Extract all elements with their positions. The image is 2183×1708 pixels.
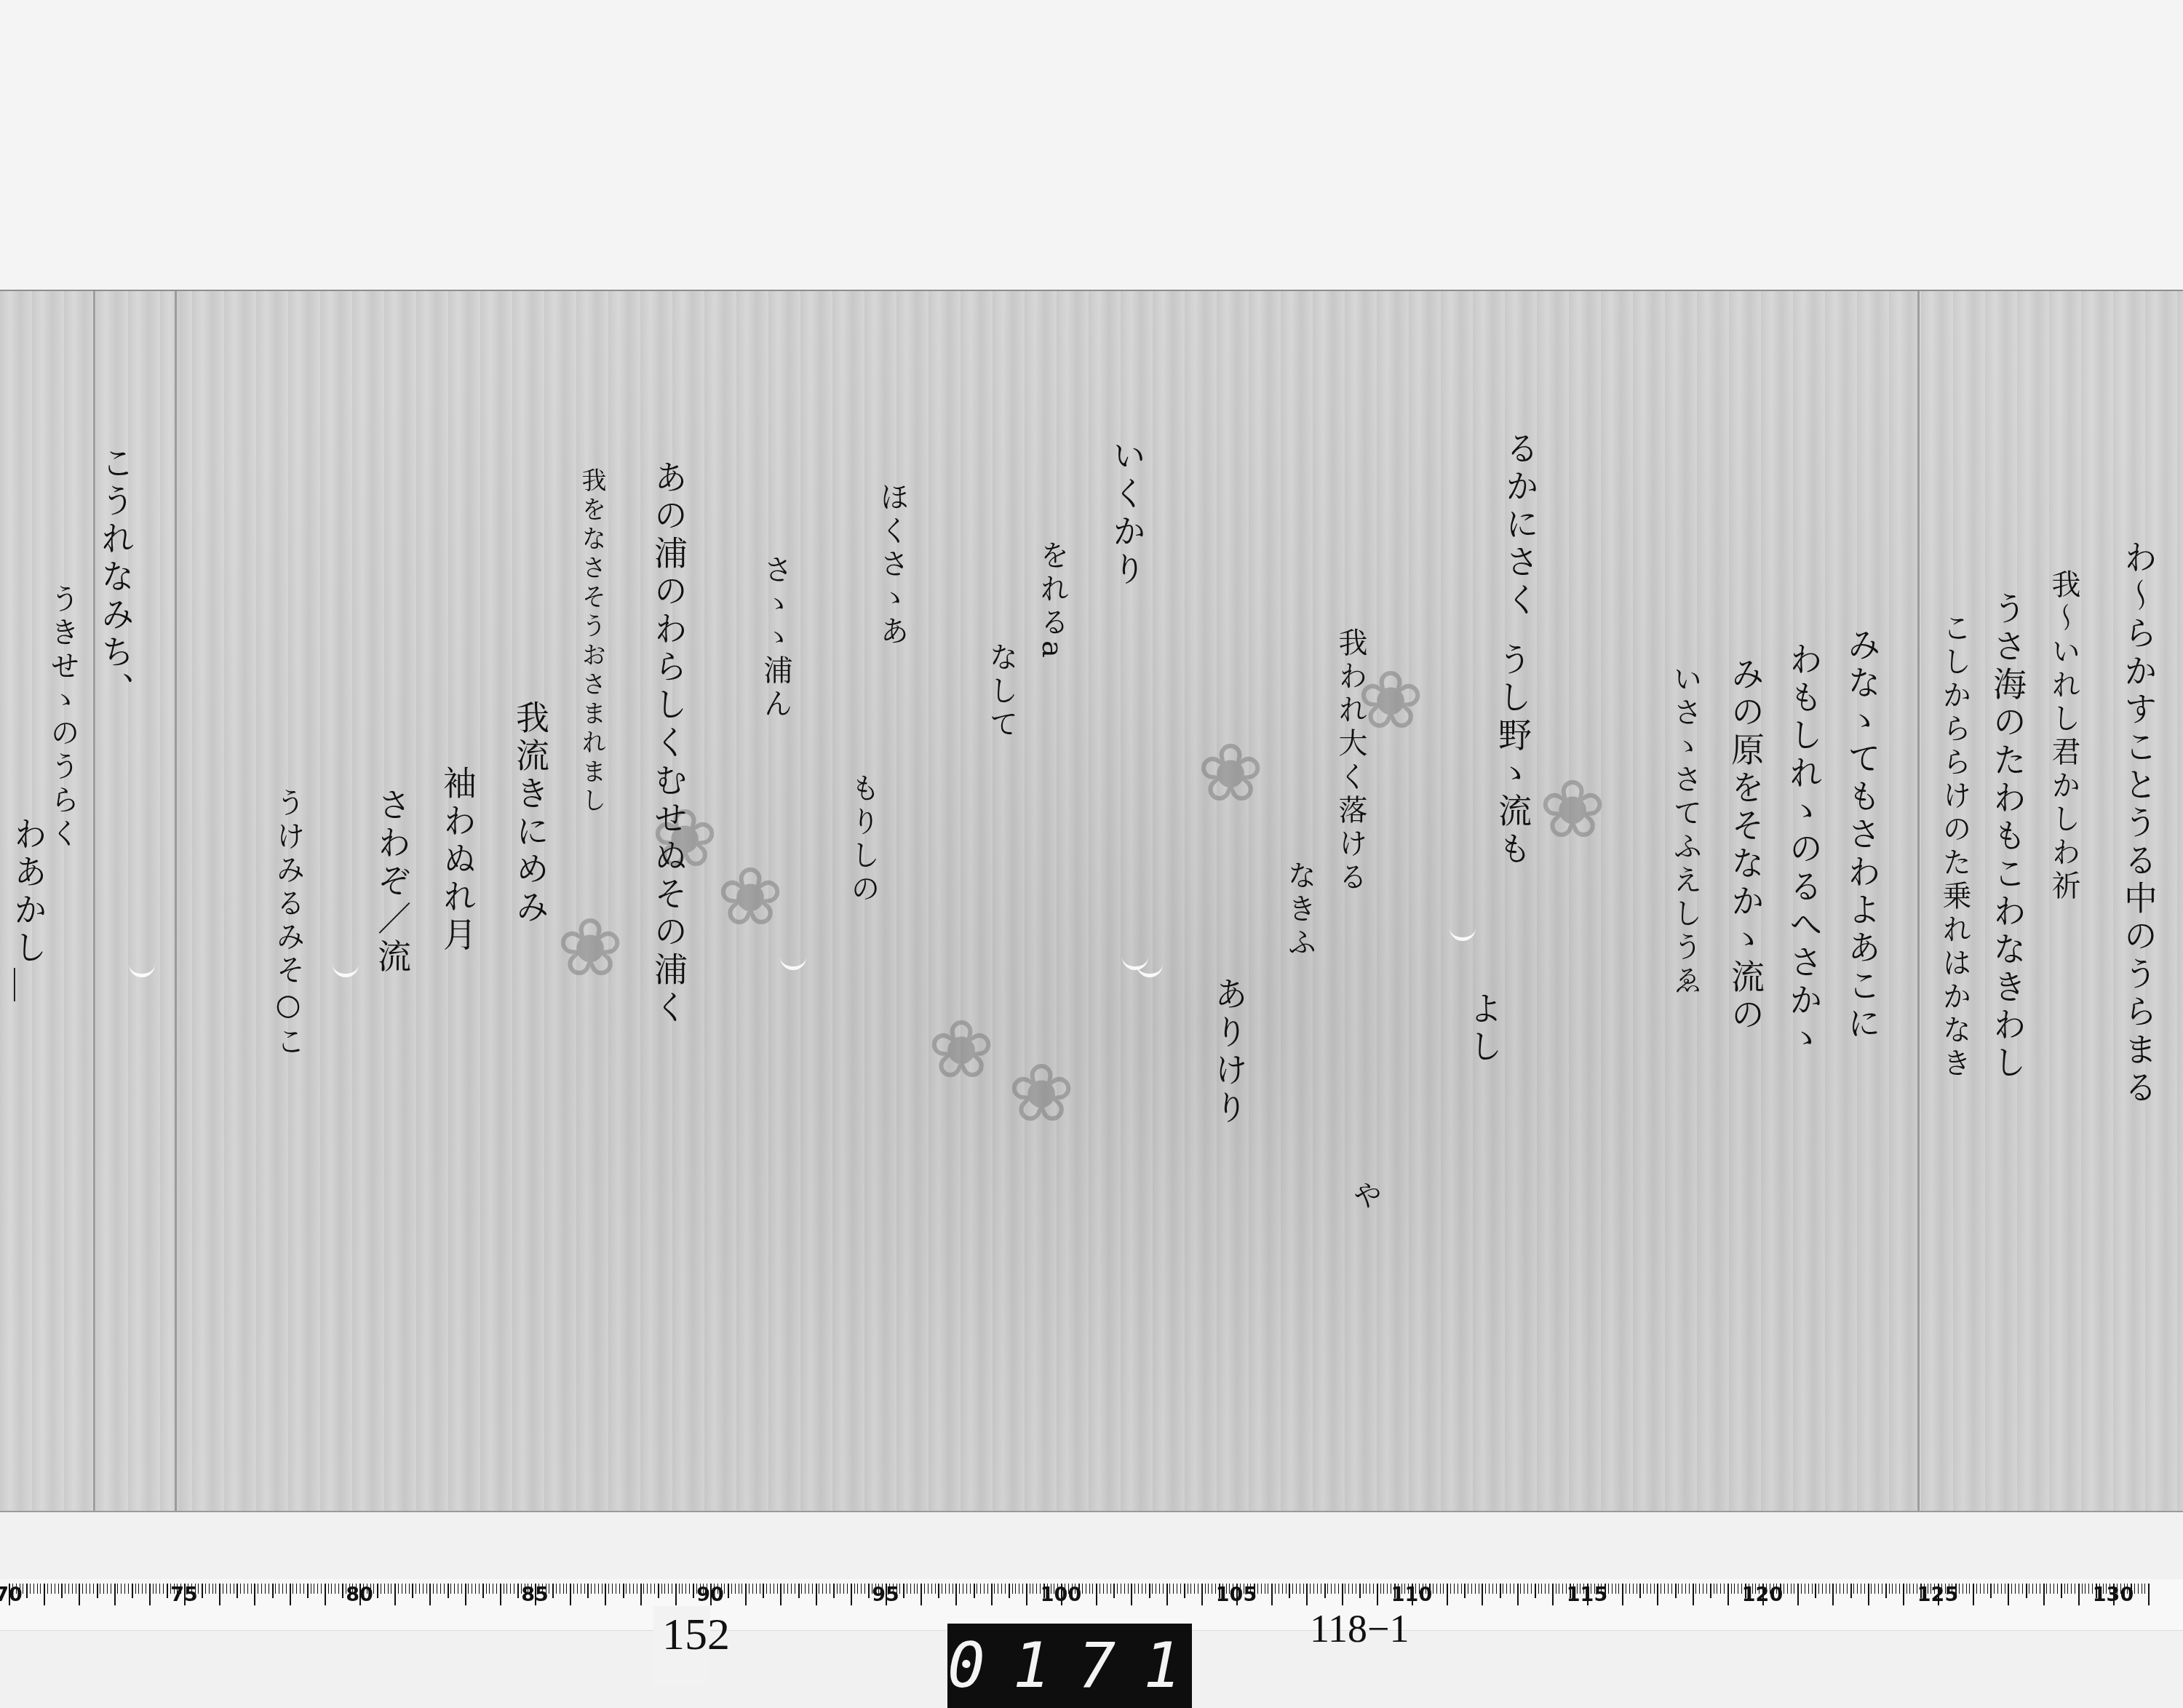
ruler-tick: [595, 1584, 595, 1594]
ruler-tick: [1738, 1584, 1738, 1594]
ruler-tick: [68, 1584, 69, 1594]
ruler-tick: [1190, 1584, 1191, 1594]
ruler-tick: [1180, 1584, 1181, 1594]
ruler-tick: [1300, 1584, 1300, 1594]
ruler-tick: [1440, 1584, 1441, 1594]
ruler-tick: [974, 1584, 975, 1598]
ruler-tick: [1801, 1584, 1802, 1594]
frame-counter-display: 0171: [947, 1624, 1192, 1708]
ruler-tick: [903, 1584, 904, 1598]
ruler-tick: [1829, 1584, 1830, 1594]
ruler-tick: [135, 1584, 136, 1594]
ruler-tick: [1874, 1584, 1875, 1594]
ruler-tick: [373, 1584, 374, 1594]
ruler-tick: [619, 1584, 620, 1594]
ruler-tick: [1356, 1584, 1356, 1594]
ruler-tick: [651, 1584, 651, 1594]
ruler-tick: [1313, 1584, 1314, 1594]
ruler-tick: [833, 1584, 835, 1598]
ruler-tick: [272, 1584, 274, 1598]
ruler-tick: [1447, 1584, 1448, 1605]
ruler-tick: [1110, 1584, 1111, 1594]
ruler-tick: [2046, 1584, 2047, 1594]
ruler-tick: [1791, 1584, 1792, 1594]
ruler-tick: [1643, 1584, 1644, 1594]
ruler-tick: [65, 1584, 65, 1594]
ruler-tick: [955, 1584, 957, 1605]
ruler-tick: [864, 1584, 865, 1594]
ruler-tick: [1847, 1584, 1848, 1594]
ruler-tick: [1832, 1584, 1834, 1605]
ruler-tick: [587, 1584, 589, 1598]
ruler-tick: [953, 1584, 953, 1594]
ruler-tick: [658, 1584, 659, 1598]
ruler-tick: [928, 1584, 929, 1594]
ruler-tick: [2142, 1584, 2142, 1594]
ruler-tick: [254, 1584, 255, 1605]
ruler-tick: [230, 1584, 231, 1594]
scroll-paper: ❀❀❀❀❀❀❀❀わ〜らかすことうる中のうらまる我〜いれし君かしわ祈うさ海のたわも…: [0, 290, 2183, 1512]
ruler-tick: [1556, 1584, 1556, 1594]
ruler-tick: [1363, 1584, 1364, 1594]
ruler-tick: [1861, 1584, 1861, 1594]
ruler-tick: [1271, 1584, 1273, 1605]
ruler-tick: [1212, 1584, 1212, 1594]
flower-motif-icon: ❀: [557, 907, 624, 988]
ruler-tick: [1015, 1584, 1016, 1594]
ruler-tick: [1019, 1584, 1019, 1594]
ruler-tick: [1289, 1584, 1290, 1598]
ruler-tick: [987, 1584, 988, 1594]
ruler-tick: [163, 1584, 164, 1594]
paper-seam: [93, 291, 95, 1511]
ruler-tick: [342, 1584, 343, 1598]
ruler-tick: [279, 1584, 279, 1594]
ruler-tick: [37, 1584, 38, 1594]
ruler-tick: [795, 1584, 795, 1594]
ruler-tick: [931, 1584, 932, 1594]
ruler-tick: [798, 1584, 800, 1598]
ruler-tick: [854, 1584, 855, 1594]
ruler-tick: [391, 1584, 391, 1594]
ruler-tick: [2043, 1584, 2045, 1605]
ruler-tick: [1963, 1584, 1963, 1594]
ruler-tick: [55, 1584, 55, 1594]
ruler-tick: [552, 1584, 554, 1598]
ruler-tick: [977, 1584, 977, 1594]
ruler-tick: [2064, 1584, 2065, 1594]
ruler-tick: [93, 1584, 94, 1594]
ruler-tick: [506, 1584, 507, 1594]
ruler-tick: [1492, 1584, 1493, 1594]
ruler-tick: [1909, 1584, 1910, 1594]
ruler-tick: [774, 1584, 774, 1594]
ruler-tick: [1145, 1584, 1146, 1594]
ruler-tick: [61, 1584, 63, 1598]
ruler-tick: [661, 1584, 662, 1594]
ruler-tick: [826, 1584, 827, 1594]
ruler-tick: [1797, 1584, 1799, 1605]
ruler-tick: [675, 1584, 677, 1605]
ruler-tick: [556, 1584, 557, 1594]
ruler-tick: [756, 1584, 757, 1594]
ruler-tick: [311, 1584, 311, 1594]
ruler-tick: [994, 1584, 995, 1594]
calligraphy-column: うし野ゝ流も: [1496, 642, 1530, 869]
ruler-tick: [602, 1584, 603, 1594]
ruler-tick: [1868, 1584, 1869, 1605]
ruler-tick: [1787, 1584, 1788, 1594]
ruler-tick: [812, 1584, 813, 1594]
ruler-tick: [563, 1584, 564, 1594]
ruler-tick: [643, 1584, 644, 1594]
ruler-tick: [1433, 1584, 1434, 1594]
ruler-tick: [1784, 1584, 1784, 1594]
ruler-tick: [282, 1584, 283, 1594]
ruler-tick: [980, 1584, 981, 1594]
ruler-tick: [409, 1584, 410, 1594]
calligraphy-column: 我われ大く落ける: [1336, 627, 1365, 895]
ruler-tick: [1352, 1584, 1353, 1594]
ruler-tick: [623, 1584, 624, 1598]
ruler-tick: [2138, 1584, 2139, 1594]
flower-motif-icon: ❀: [717, 857, 784, 937]
ruler-tick: [1524, 1584, 1524, 1594]
ruler-tick: [1366, 1584, 1367, 1594]
ruler-tick: [760, 1584, 760, 1594]
ruler-tick: [1342, 1584, 1343, 1605]
ruler-tick: [2029, 1584, 2029, 1594]
ruler-tick: [461, 1584, 462, 1594]
ruler-tick: [1166, 1584, 1168, 1605]
calligraphy-column: るかにさく: [1503, 431, 1537, 620]
ruler-tick: [26, 1584, 28, 1598]
ruler-tick: [1714, 1584, 1714, 1594]
ruler-tick: [608, 1584, 609, 1594]
ruler-label: 125: [1917, 1584, 1958, 1606]
ruler-tick: [766, 1584, 767, 1594]
ruler-tick: [1892, 1584, 1893, 1594]
ruler-tick: [1454, 1584, 1455, 1594]
ruler-tick: [1103, 1584, 1104, 1594]
ruler-tick: [2078, 1584, 2080, 1605]
ruler-tick: [1149, 1584, 1150, 1598]
ruler-tick: [124, 1584, 125, 1594]
calligraphy-column: うけみるみそ○こ: [274, 787, 303, 1060]
ruler-tick: [1527, 1584, 1528, 1594]
ruler-tick: [2082, 1584, 2083, 1594]
ruler-tick: [1959, 1584, 1960, 1594]
ruler-tick: [1485, 1584, 1486, 1594]
ruler-tick: [1310, 1584, 1311, 1594]
ruler-tick: [1618, 1584, 1619, 1594]
ruler-tick: [1682, 1584, 1682, 1594]
ruler-tick: [1468, 1584, 1468, 1594]
light-glare: [1137, 962, 1163, 977]
ruler-tick: [1163, 1584, 1164, 1594]
ruler-tick: [1661, 1584, 1661, 1594]
ruler-tick: [584, 1584, 585, 1594]
flower-motif-icon: ❀: [1539, 769, 1606, 849]
ruler-tick: [693, 1584, 694, 1598]
ruler-tick: [2050, 1584, 2051, 1594]
ruler-tick: [1969, 1584, 1970, 1594]
ruler-tick: [1980, 1584, 1981, 1594]
ruler-tick: [1205, 1584, 1206, 1594]
ruler-tick: [159, 1584, 160, 1594]
ruler-tick: [325, 1584, 326, 1605]
ruler-tick: [504, 1584, 504, 1594]
ruler-tick: [1443, 1584, 1444, 1594]
ruler-tick: [1086, 1584, 1086, 1594]
ruler-tick: [2148, 1584, 2150, 1605]
ruler-tick: [1650, 1584, 1651, 1594]
ruler-tick: [1976, 1584, 1977, 1594]
ruler-label: 85: [521, 1584, 549, 1606]
ruler-tick: [1479, 1584, 1479, 1594]
ruler-tick: [1608, 1584, 1609, 1594]
calligraphy-column: さわぞ／流: [375, 787, 409, 977]
ruler-tick: [156, 1584, 156, 1594]
ruler-tick: [419, 1584, 420, 1594]
ruler-tick: [1853, 1584, 1854, 1594]
ruler-tick: [1997, 1584, 1998, 1594]
ruler-tick: [1208, 1584, 1209, 1594]
ruler-tick: [1001, 1584, 1002, 1594]
ruler-tick: [132, 1584, 133, 1598]
ruler-tick: [1822, 1584, 1823, 1594]
ruler-tick: [1009, 1584, 1010, 1598]
ruler-tick: [780, 1584, 782, 1605]
ruler-tick: [577, 1584, 578, 1594]
ruler-tick: [1324, 1584, 1326, 1598]
ruler-tick: [830, 1584, 830, 1594]
ruler-tick: [465, 1584, 466, 1605]
ruler-tick: [2075, 1584, 2075, 1594]
calligraphy-column: ほくさゝあ: [878, 482, 907, 649]
ruler-tick: [328, 1584, 329, 1594]
ruler-tick: [1896, 1584, 1896, 1594]
ruler-tick: [261, 1584, 262, 1594]
ruler-tick: [1541, 1584, 1542, 1594]
ruler-tick: [1506, 1584, 1507, 1594]
flower-motif-icon: ❀: [1008, 1053, 1075, 1133]
ruler-label: 115: [1567, 1584, 1607, 1606]
ruler-tick: [33, 1584, 34, 1594]
ruler-tick: [1548, 1584, 1549, 1594]
ruler-tick: [991, 1584, 993, 1605]
ruler-tick: [2011, 1584, 2012, 1594]
ruler-tick: [1268, 1584, 1268, 1594]
ruler-tick: [468, 1584, 469, 1594]
ruler-tick: [1450, 1584, 1451, 1594]
calligraphy-column: こうれなみち、: [99, 445, 132, 710]
ruler-tick: [448, 1584, 449, 1598]
ruler-tick: [682, 1584, 683, 1594]
light-glare: [1450, 926, 1476, 941]
ruler-tick: [1306, 1584, 1308, 1605]
ruler-tick: [1121, 1584, 1121, 1594]
ruler-tick: [331, 1584, 332, 1594]
ruler-tick: [731, 1584, 732, 1594]
ruler-tick: [2088, 1584, 2089, 1594]
flower-motif-icon: ❀: [928, 1009, 995, 1089]
ruler-tick: [377, 1584, 378, 1598]
ruler-label: 90: [696, 1584, 724, 1606]
ruler-tick: [412, 1584, 413, 1598]
ruler-tick: [770, 1584, 771, 1594]
ruler-tick: [805, 1584, 806, 1594]
ruler-tick: [1261, 1584, 1262, 1594]
ruler-tick: [910, 1584, 911, 1594]
ruler-tick: [1629, 1584, 1630, 1594]
ruler-tick: [1279, 1584, 1279, 1594]
ruler-tick: [209, 1584, 210, 1594]
ruler-tick: [935, 1584, 936, 1594]
ruler-tick: [672, 1584, 672, 1594]
ruler-tick: [223, 1584, 223, 1594]
ruler-tick: [296, 1584, 297, 1594]
ruler-tick: [1265, 1584, 1265, 1594]
ruler-tick: [1030, 1584, 1030, 1594]
ruler-tick: [861, 1584, 862, 1594]
ruler-tick: [1559, 1584, 1559, 1594]
ruler-tick: [847, 1584, 848, 1594]
ruler-tick: [917, 1584, 918, 1594]
ruler-tick: [2144, 1584, 2145, 1594]
ruler-tick: [1724, 1584, 1725, 1594]
ruler-tick: [837, 1584, 838, 1594]
ruler-label: 70: [0, 1584, 23, 1606]
ruler-tick: [2040, 1584, 2040, 1594]
ruler-tick: [479, 1584, 480, 1594]
ruler-tick: [819, 1584, 819, 1594]
ruler-tick: [1734, 1584, 1735, 1594]
ruler-tick: [2005, 1584, 2005, 1594]
ruler-tick: [394, 1584, 396, 1605]
ruler-tick: [1383, 1584, 1384, 1594]
ruler-tick: [1348, 1584, 1349, 1594]
ruler-tick: [153, 1584, 154, 1594]
ruler-tick: [1812, 1584, 1813, 1594]
ruler-tick: [689, 1584, 690, 1594]
ruler-tick: [1840, 1584, 1840, 1594]
ruler-tick: [1475, 1584, 1476, 1594]
ruler-tick: [405, 1584, 406, 1594]
ruler-tick: [1538, 1584, 1539, 1594]
ruler-tick: [629, 1584, 630, 1594]
calligraphy-column: さゝゝ浦ん: [761, 555, 790, 722]
calligraphy-column: わあかし＿: [12, 817, 45, 1006]
ruler-tick: [500, 1584, 501, 1605]
ruler-label: 120: [1742, 1584, 1783, 1606]
ruler-tick: [2067, 1584, 2068, 1594]
ruler-tick: [514, 1584, 514, 1594]
ruler-tick: [1303, 1584, 1304, 1594]
ruler-tick: [752, 1584, 753, 1594]
ruler-tick: [1022, 1584, 1023, 1594]
ruler-tick: [1282, 1584, 1283, 1594]
ruler-tick: [679, 1584, 680, 1594]
ruler-label: 130: [2093, 1584, 2134, 1606]
ruler-tick: [1637, 1584, 1637, 1594]
ruler-tick: [1188, 1584, 1188, 1594]
ruler-tick: [1159, 1584, 1160, 1594]
ruler-tick: [1878, 1584, 1879, 1594]
ruler-tick: [215, 1584, 216, 1594]
ruler-label: 95: [872, 1584, 899, 1606]
calligraphy-column: うきせゝのうらく: [48, 584, 77, 851]
ruler-tick: [739, 1584, 739, 1594]
ruler-tick: [1987, 1584, 1988, 1594]
ruler-tick: [72, 1584, 73, 1594]
ruler-tick: [735, 1584, 736, 1594]
ruler-tick: [728, 1584, 729, 1598]
ruler-tick: [1489, 1584, 1490, 1594]
ruler-tick: [654, 1584, 655, 1594]
ruler-tick: [51, 1584, 52, 1594]
ruler-tick: [2022, 1584, 2023, 1594]
ruler-tick: [745, 1584, 747, 1605]
ruler-tick: [275, 1584, 276, 1594]
ruler-tick: [212, 1584, 213, 1594]
ruler-tick: [1338, 1584, 1339, 1594]
ruler-tick: [724, 1584, 725, 1594]
ruler-tick: [138, 1584, 139, 1594]
calligraphy-column: いくかり: [1110, 438, 1144, 589]
ruler-tick: [1615, 1584, 1616, 1594]
ruler-tick: [517, 1584, 519, 1598]
ruler-tick: [843, 1584, 844, 1594]
ruler-tick: [1693, 1584, 1694, 1605]
ruler-tick: [1706, 1584, 1707, 1594]
ruler-tick: [97, 1584, 98, 1598]
ruler-tick: [1464, 1584, 1466, 1598]
ruler-tick: [984, 1584, 985, 1594]
ruler-tick: [1345, 1584, 1345, 1594]
ruler-tick: [1843, 1584, 1844, 1594]
ruler-tick: [808, 1584, 809, 1594]
ruler-tick: [1794, 1584, 1794, 1594]
ruler-tick: [1496, 1584, 1497, 1594]
ruler-tick: [970, 1584, 971, 1594]
ruler-tick: [1639, 1584, 1641, 1598]
calligraphy-column: なして: [987, 642, 1016, 742]
ruler-tick: [1317, 1584, 1318, 1594]
calligraphy-column: みなゝてもさわよあこに: [1845, 627, 1879, 1044]
ruler-tick: [1857, 1584, 1858, 1594]
ruler-tick: [1117, 1584, 1118, 1594]
ruler-tick: [549, 1584, 549, 1594]
ruler-tick: [244, 1584, 244, 1594]
ruler-tick: [76, 1584, 76, 1594]
ruler-tick: [868, 1584, 870, 1598]
ruler-tick: [2134, 1584, 2135, 1594]
ruler-tick: [58, 1584, 59, 1594]
ruler-tick: [2085, 1584, 2085, 1594]
ruler-tick: [226, 1584, 227, 1594]
ruler-tick: [82, 1584, 83, 1594]
ruler-tick: [1520, 1584, 1521, 1594]
ruler-tick: [1138, 1584, 1139, 1594]
ruler-tick: [2057, 1584, 2058, 1594]
ruler-tick: [1510, 1584, 1511, 1594]
ruler-tick: [1622, 1584, 1623, 1605]
ruler-label: 80: [346, 1584, 373, 1606]
ruler-tick: [1436, 1584, 1437, 1594]
ruler-tick: [1864, 1584, 1865, 1594]
ruler-tick: [612, 1584, 613, 1594]
